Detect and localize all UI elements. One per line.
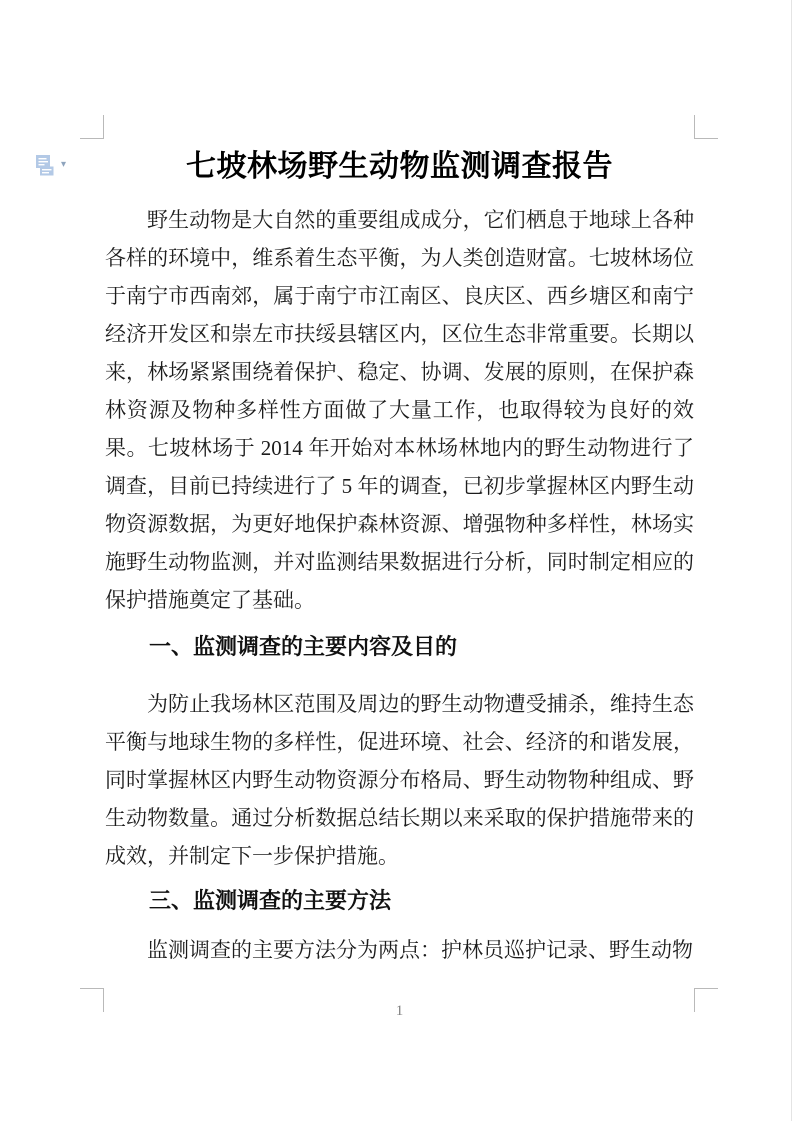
section-1-paragraph: 为防止我场林区范围及周边的野生动物遭受捕杀，维持生态平衡与地球生物的多样性，促进… xyxy=(105,685,694,875)
text-boundary-mark-bottom-left xyxy=(80,988,104,1012)
section-heading-2: 三、监测调查的主要方法 xyxy=(105,882,694,920)
paste-options-icon xyxy=(36,155,54,176)
text-area: 七坡林场野生动物监测调查报告 野生动物是大自然的重要组成成分，它们栖息于地球上各… xyxy=(105,139,694,969)
page-right-edge-line xyxy=(791,0,792,1121)
paste-options-button[interactable]: ▾ xyxy=(36,155,66,176)
section-2-paragraph: 监测调查的主要方法分为两点：护林员巡护记录、野生动物 xyxy=(105,931,694,969)
text-boundary-mark-top-left xyxy=(80,115,104,139)
text-boundary-mark-top-right xyxy=(694,115,718,139)
text-boundary-mark-bottom-right xyxy=(694,988,718,1012)
document-title: 七坡林场野生动物监测调查报告 xyxy=(105,139,694,195)
page-number: 1 xyxy=(105,1003,694,1020)
document-page: ▾ 七坡林场野生动物监测调查报告 野生动物是大自然的重要组成成分，它们栖息于地球… xyxy=(0,0,794,1121)
dropdown-arrow-icon: ▾ xyxy=(61,155,66,171)
section-heading-1: 一、监测调查的主要内容及目的 xyxy=(105,628,694,666)
intro-paragraph: 野生动物是大自然的重要组成成分，它们栖息于地球上各种各样的环境中，维系着生态平衡… xyxy=(105,201,694,619)
